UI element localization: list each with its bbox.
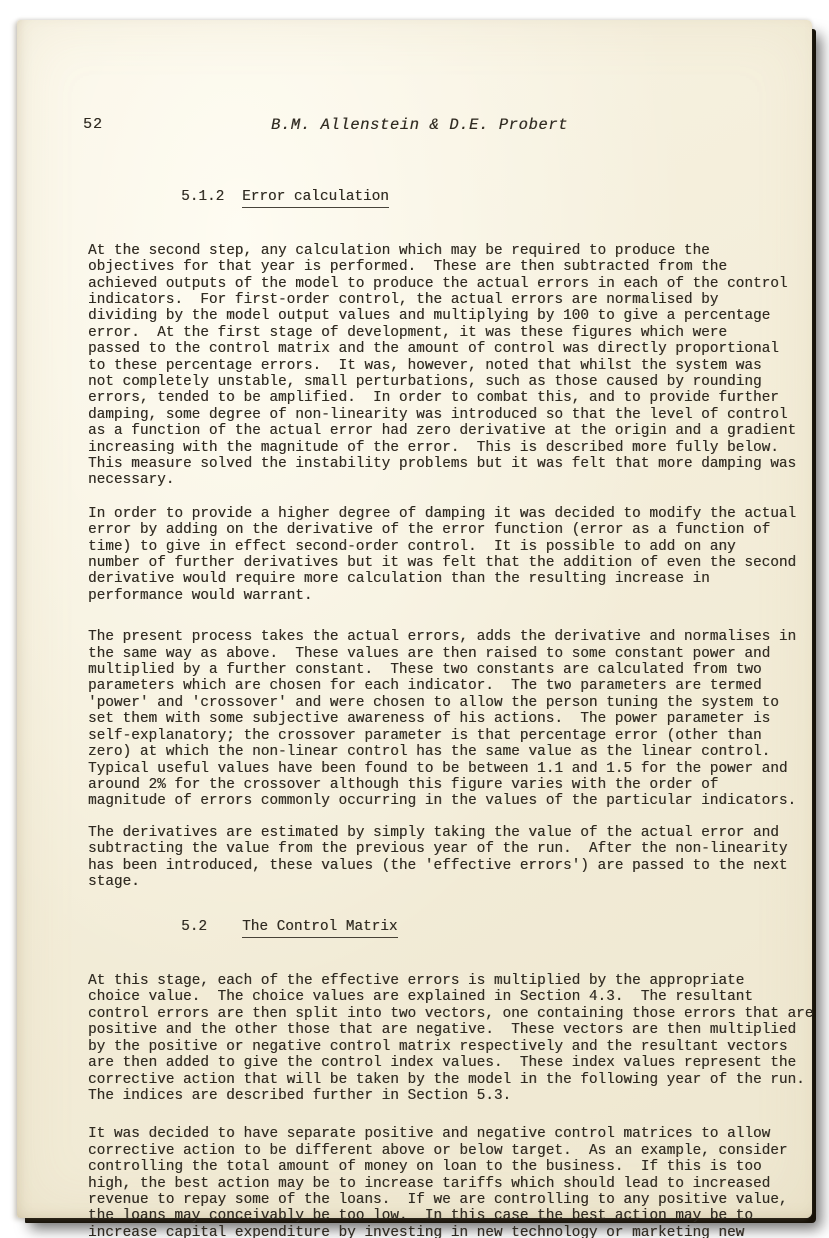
section-number: 5.2 xyxy=(181,919,242,935)
paragraph: The derivatives are estimated by simply … xyxy=(88,825,818,891)
section-heading-control-matrix: 5.2The Control Matrix xyxy=(88,902,818,954)
paragraph: At this stage, each of the effective err… xyxy=(88,973,818,1104)
scan-background: 52 B.M. Allenstein & D.E. Probert 5.1.2E… xyxy=(0,0,829,1238)
page-header: 52 B.M. Allenstein & D.E. Probert xyxy=(88,116,818,134)
section-title: The Control Matrix xyxy=(242,919,397,938)
paper-page: 52 B.M. Allenstein & D.E. Probert 5.1.2E… xyxy=(17,20,812,1218)
page-number: 52 xyxy=(83,116,103,134)
paragraph: At the second step, any calculation whic… xyxy=(88,243,818,489)
paragraph: In order to provide a higher degree of d… xyxy=(88,506,818,604)
section-number: 5.1.2 xyxy=(181,189,242,205)
paragraph: The present process takes the actual err… xyxy=(88,629,818,809)
section-title: Error calculation xyxy=(242,189,389,208)
section-heading-error-calculation: 5.1.2Error calculation xyxy=(88,173,818,225)
running-head: B.M. Allenstein & D.E. Probert xyxy=(271,116,568,134)
paragraph: It was decided to have separate positive… xyxy=(88,1126,818,1238)
page-content: 52 B.M. Allenstein & D.E. Probert 5.1.2E… xyxy=(88,116,818,1238)
